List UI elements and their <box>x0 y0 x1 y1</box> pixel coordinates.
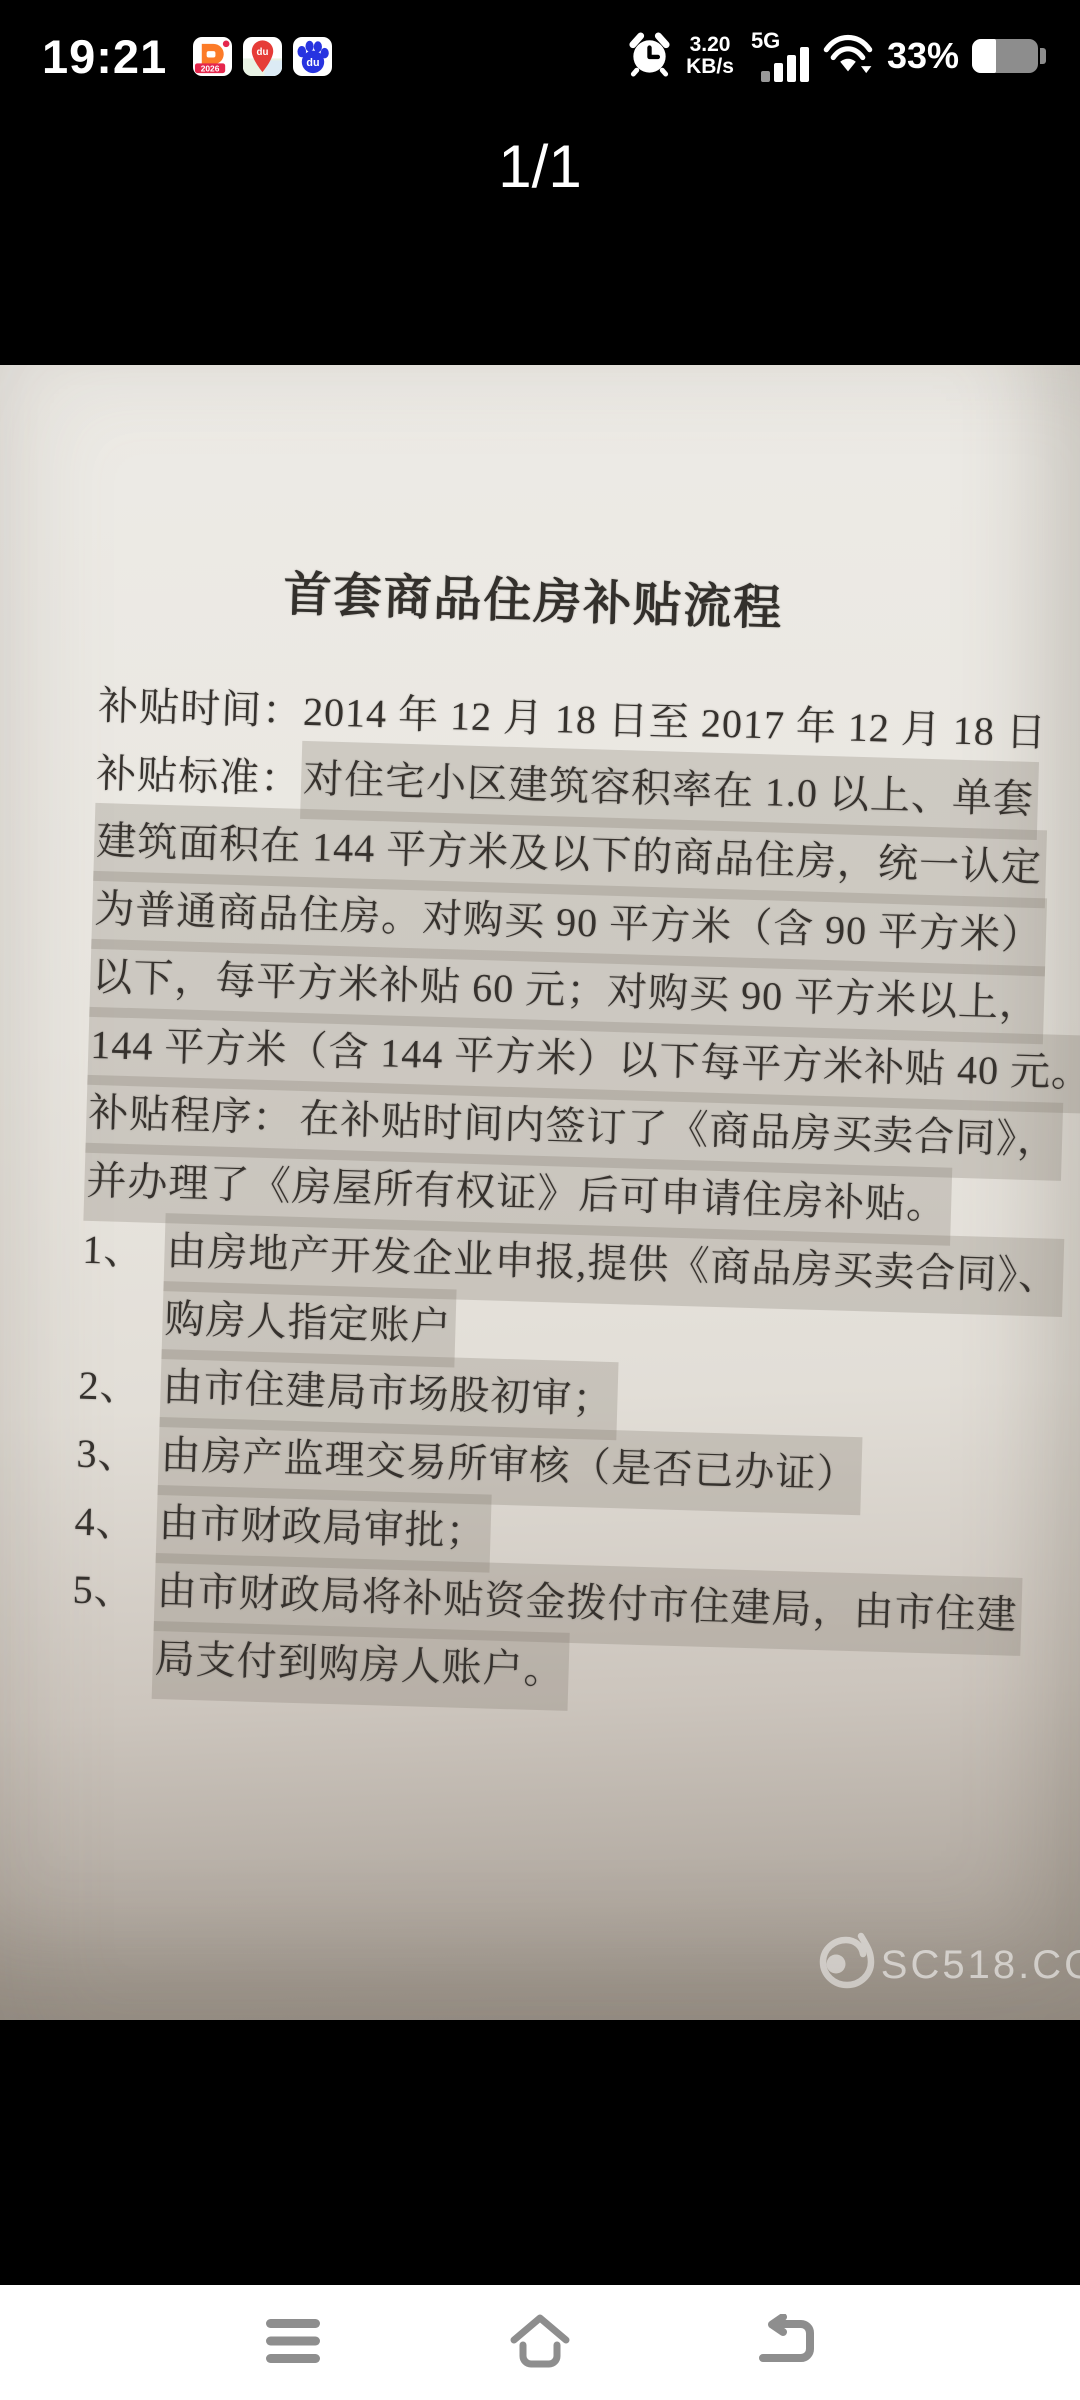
network-speed: 3.20 KB/s <box>686 34 734 78</box>
svg-text:du: du <box>307 57 320 69</box>
home-icon <box>508 2312 572 2373</box>
status-indicators: 3.20 KB/s 5G 33% <box>626 26 1038 86</box>
back-icon <box>755 2314 817 2371</box>
network-speed-unit: KB/s <box>686 56 734 78</box>
item-number <box>71 1658 153 1660</box>
baidu-maps-app-icon: du <box>243 37 282 76</box>
svg-text:2026: 2026 <box>201 63 220 73</box>
photo-viewer[interactable]: 首套商品住房补贴流程 补贴时间： 2014 年 12 月 18 日至 2017 … <box>0 365 1080 2020</box>
field-label: 补贴标准： <box>95 740 302 814</box>
wifi-icon <box>822 31 874 82</box>
document-photo: 首套商品住房补贴流程 补贴时间： 2014 年 12 月 18 日至 2017 … <box>0 365 1080 2020</box>
nav-bar <box>0 2285 1080 2400</box>
menu-icon <box>264 2317 324 2368</box>
doc-body: 补贴时间： 2014 年 12 月 18 日至 2017 年 12 月 18 日… <box>70 672 1051 1719</box>
didi-app-icon: 2026 <box>193 37 232 76</box>
watermark: SC518.CC <box>809 1922 1080 2008</box>
phone-screen: 19:21 2026 du <box>0 0 1080 2400</box>
item-number <box>81 1318 163 1320</box>
notification-icons: 2026 du du <box>193 37 332 76</box>
cellular-signal-icon: 5G <box>747 26 809 86</box>
menu-button[interactable] <box>262 2313 326 2373</box>
item-number: 5、 <box>72 1556 156 1626</box>
item-number: 3、 <box>76 1420 160 1490</box>
svg-text:du: du <box>257 47 269 58</box>
status-bar: 19:21 2026 du <box>0 18 1080 94</box>
back-button[interactable] <box>754 2313 818 2373</box>
watermark-text: SC518.CC <box>881 1943 1080 1988</box>
page-indicator: 1/1 <box>0 132 1080 201</box>
signal-bars-icon <box>761 47 809 82</box>
alarm-clock-icon <box>626 30 673 82</box>
watermark-swirl-icon <box>809 1922 881 2008</box>
network-speed-value: 3.20 <box>690 34 731 56</box>
home-button[interactable] <box>508 2313 572 2373</box>
item-number: 2、 <box>78 1352 162 1422</box>
field-label: 补贴时间： <box>97 672 304 746</box>
item-text: 局支付到购房人账户。 <box>152 1621 570 1711</box>
item-number: 4、 <box>74 1488 158 1558</box>
battery-icon <box>972 39 1038 73</box>
baidu-app-icon: du <box>293 37 332 76</box>
clock-time: 19:21 <box>42 29 167 84</box>
doc-title: 首套商品住房补贴流程 <box>0 547 1074 647</box>
item-number: 1、 <box>82 1216 166 1286</box>
battery-percent: 33% <box>887 35 959 77</box>
